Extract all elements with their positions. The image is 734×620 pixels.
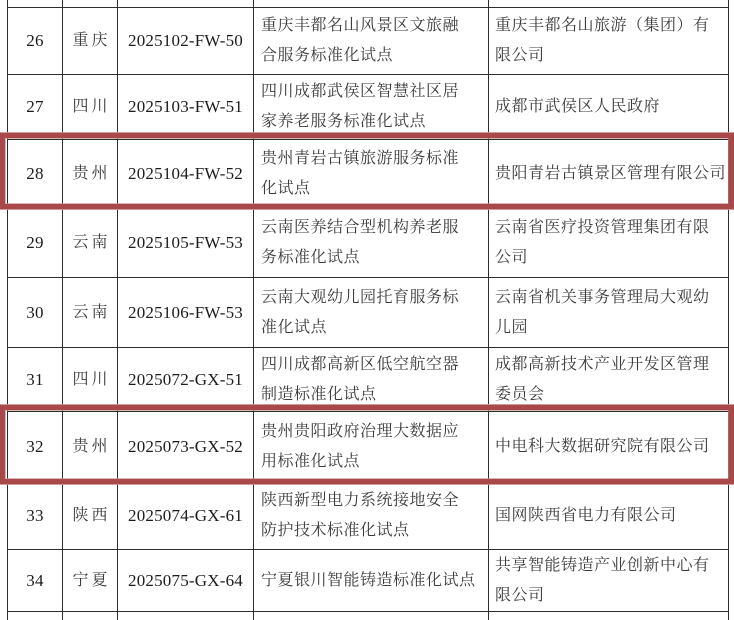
pilot-code: 2025106-FW-53 <box>128 303 243 323</box>
row-number-cell: 29 <box>8 208 63 277</box>
pilot-code-cell: 2025075-GX-64 <box>118 550 254 611</box>
project-name-cell: 云南医养结合型机构养老服 务标准化试点 <box>254 208 489 277</box>
province-name: 贵州 <box>69 432 110 462</box>
row-number-cell: 31 <box>8 348 63 411</box>
pilot-code-cell: 2025105-FW-53 <box>118 208 254 277</box>
province-cell <box>63 0 118 7</box>
table-grid: 26 重庆 2025102-FW-50 重庆丰都名山风景区文旅融 合服务标准化试… <box>7 0 729 620</box>
table-row: 32 贵州 2025073-GX-52 贵州贵阳政府治理大数据应 用标准化试点 … <box>8 412 729 483</box>
table-row: 33 陕西 2025074-GX-61 陕西新型电力系统接地安全 防护技术标准化… <box>8 483 729 550</box>
row-number-cell: 32 <box>8 412 63 482</box>
table-row: 31 四川 2025072-GX-51 四川成都高新区低空航空器 制造标准化试点… <box>8 348 729 412</box>
project-name: 陕西新型电力系统接地安全 防护技术标准化试点 <box>261 486 459 546</box>
pilot-code: 2025102-FW-50 <box>128 31 243 51</box>
project-name-cell: 宁夏银川智能铸造标准化试点 <box>254 550 489 611</box>
pilot-code-cell <box>118 0 254 7</box>
project-name-cell <box>254 612 489 620</box>
province-cell: 贵州 <box>63 412 118 482</box>
organization-cell: 成都高新技术产业开发区管理 委员会 <box>489 348 729 411</box>
organization-cell: 中电科大数据研究院有限公司 <box>489 412 729 482</box>
pilot-code: 2025104-FW-52 <box>128 164 243 184</box>
row-number-cell: 30 <box>8 278 63 347</box>
row-number: 29 <box>26 233 43 253</box>
organization-cell <box>489 0 729 7</box>
organization-cell: 云南省医疗投资管理集团有限 公司 <box>489 208 729 277</box>
province-cell: 四川 <box>63 348 118 411</box>
project-name-cell: 四川成都高新区低空航空器 制造标准化试点 <box>254 348 489 411</box>
pilot-code-cell: 2025103-FW-51 <box>118 75 254 139</box>
table-row: 26 重庆 2025102-FW-50 重庆丰都名山风景区文旅融 合服务标准化试… <box>8 8 729 75</box>
row-number-cell <box>8 612 63 620</box>
province-name: 云南 <box>69 298 110 328</box>
organization-name: 共享智能铸造产业创新中心有 限公司 <box>495 551 710 611</box>
pilot-code-cell: 2025106-FW-53 <box>118 278 254 347</box>
row-number: 33 <box>26 506 43 526</box>
table-row: 28 贵州 2025104-FW-52 贵州青岩古镇旅游服务标准 化试点 贵阳青… <box>8 140 729 208</box>
province-cell: 云南 <box>63 278 118 347</box>
province-cell: 四川 <box>63 75 118 139</box>
project-name: 宁夏银川智能铸造标准化试点 <box>261 566 476 596</box>
province-name: 重庆 <box>69 26 110 56</box>
province-cell: 贵州 <box>63 140 118 207</box>
pilot-code-cell <box>118 612 254 620</box>
organization-name: 重庆丰都名山旅游（集团）有 限公司 <box>495 11 710 71</box>
organization-cell: 重庆丰都名山旅游（集团）有 限公司 <box>489 8 729 74</box>
province-name: 贵州 <box>69 159 110 189</box>
organization-name: 成都高新技术产业开发区管理 委员会 <box>495 350 710 410</box>
row-number-cell: 34 <box>8 550 63 611</box>
pilot-code: 2025072-GX-51 <box>128 370 243 390</box>
province-name: 四川 <box>69 365 110 395</box>
project-name: 贵州贵阳政府治理大数据应 用标准化试点 <box>261 417 459 477</box>
table-row-partial-top <box>8 0 729 8</box>
province-cell: 宁夏 <box>63 550 118 611</box>
table-row: 30 云南 2025106-FW-53 云南大观幼儿园托育服务标 准化试点 云南… <box>8 278 729 348</box>
project-name: 重庆丰都名山风景区文旅融 合服务标准化试点 <box>261 11 459 71</box>
row-number: 32 <box>26 437 43 457</box>
pilot-code-cell: 2025072-GX-51 <box>118 348 254 411</box>
table-row-partial-bottom <box>8 612 729 620</box>
row-number: 26 <box>26 31 43 51</box>
province-cell: 重庆 <box>63 8 118 74</box>
organization-name: 成都市武侯区人民政府 <box>495 92 660 122</box>
project-name: 贵州青岩古镇旅游服务标准 化试点 <box>261 144 459 204</box>
pilot-code: 2025103-FW-51 <box>128 97 243 117</box>
project-name: 云南医养结合型机构养老服 务标准化试点 <box>261 213 459 273</box>
project-name-cell: 四川成都武侯区智慧社区居 家养老服务标准化试点 <box>254 75 489 139</box>
organization-cell: 共享智能铸造产业创新中心有 限公司 <box>489 550 729 611</box>
row-number: 28 <box>26 164 43 184</box>
table-row: 27 四川 2025103-FW-51 四川成都武侯区智慧社区居 家养老服务标准… <box>8 75 729 140</box>
row-number: 31 <box>26 370 43 390</box>
project-name-cell: 贵州青岩古镇旅游服务标准 化试点 <box>254 140 489 207</box>
province-cell: 陕西 <box>63 483 118 549</box>
pilot-code-cell: 2025104-FW-52 <box>118 140 254 207</box>
project-name-cell: 贵州贵阳政府治理大数据应 用标准化试点 <box>254 412 489 482</box>
row-number-cell: 28 <box>8 140 63 207</box>
organization-name: 国网陕西省电力有限公司 <box>495 501 677 531</box>
organization-name: 中电科大数据研究院有限公司 <box>495 432 710 462</box>
pilot-code-cell: 2025073-GX-52 <box>118 412 254 482</box>
organization-cell: 云南省机关事务管理局大观幼 儿园 <box>489 278 729 347</box>
organization-cell: 成都市武侯区人民政府 <box>489 75 729 139</box>
organization-name: 贵阳青岩古镇景区管理有限公司 <box>495 159 726 189</box>
province-name: 陕西 <box>69 501 110 531</box>
pilot-code-cell: 2025102-FW-50 <box>118 8 254 74</box>
organization-cell: 国网陕西省电力有限公司 <box>489 483 729 549</box>
row-number: 27 <box>26 97 43 117</box>
project-name-cell: 重庆丰都名山风景区文旅融 合服务标准化试点 <box>254 8 489 74</box>
project-name-cell: 云南大观幼儿园托育服务标 准化试点 <box>254 278 489 347</box>
row-number: 30 <box>26 303 43 323</box>
province-cell <box>63 612 118 620</box>
row-number-cell: 33 <box>8 483 63 549</box>
table-row: 29 云南 2025105-FW-53 云南医养结合型机构养老服 务标准化试点 … <box>8 208 729 278</box>
project-name: 云南大观幼儿园托育服务标 准化试点 <box>261 283 459 343</box>
province-name: 宁夏 <box>69 566 110 596</box>
organization-cell: 贵阳青岩古镇景区管理有限公司 <box>489 140 729 207</box>
row-number-cell: 26 <box>8 8 63 74</box>
province-name: 四川 <box>69 92 110 122</box>
row-number: 34 <box>26 571 43 591</box>
pilot-code: 2025074-GX-61 <box>128 506 243 526</box>
table-body: 26 重庆 2025102-FW-50 重庆丰都名山风景区文旅融 合服务标准化试… <box>8 8 729 612</box>
row-number-cell: 27 <box>8 75 63 139</box>
organization-name: 云南省医疗投资管理集团有限 公司 <box>495 213 710 273</box>
province-name: 云南 <box>69 228 110 258</box>
organization-name: 云南省机关事务管理局大观幼 儿园 <box>495 283 710 343</box>
pilot-code-cell: 2025074-GX-61 <box>118 483 254 549</box>
organization-cell <box>489 612 729 620</box>
pilot-code: 2025105-FW-53 <box>128 233 243 253</box>
table-row: 34 宁夏 2025075-GX-64 宁夏银川智能铸造标准化试点 共享智能铸造… <box>8 550 729 612</box>
project-name: 四川成都高新区低空航空器 制造标准化试点 <box>261 350 459 410</box>
standardization-pilot-list-table: 26 重庆 2025102-FW-50 重庆丰都名山风景区文旅融 合服务标准化试… <box>0 0 734 620</box>
project-name: 四川成都武侯区智慧社区居 家养老服务标准化试点 <box>261 77 459 137</box>
pilot-code: 2025075-GX-64 <box>128 571 243 591</box>
project-name-cell: 陕西新型电力系统接地安全 防护技术标准化试点 <box>254 483 489 549</box>
project-name-cell <box>254 0 489 7</box>
pilot-code: 2025073-GX-52 <box>128 437 243 457</box>
province-cell: 云南 <box>63 208 118 277</box>
row-number-cell <box>8 0 63 7</box>
